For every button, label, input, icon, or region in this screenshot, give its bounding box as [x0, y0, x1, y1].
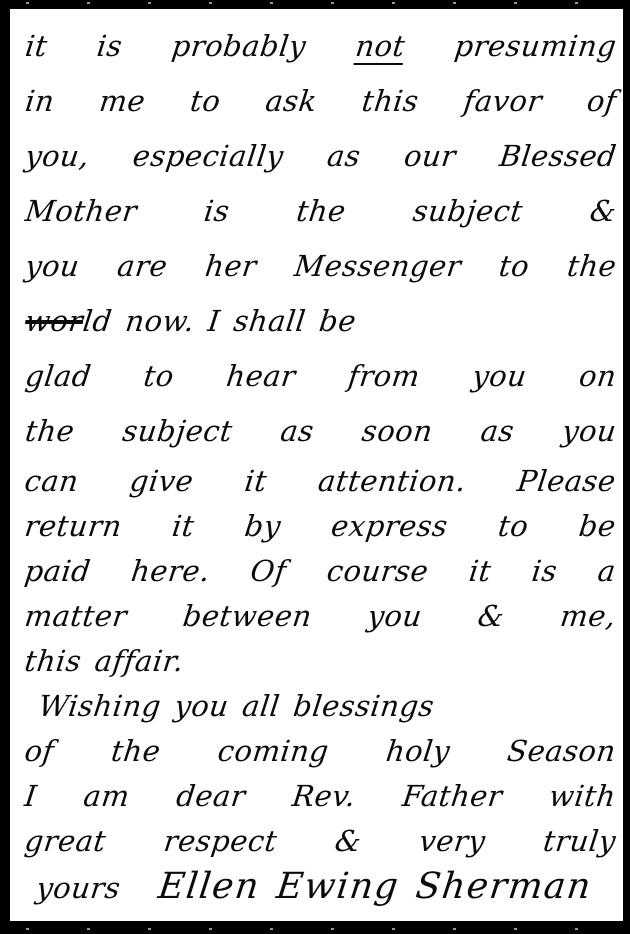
closing-word: yours	[22, 866, 123, 911]
letter-line: you, especially as our Blessed	[22, 129, 620, 184]
line-text: I am dear Rev. Father with	[23, 779, 618, 813]
line-text: the subject as soon as you	[23, 414, 618, 448]
letter-page: it is probably not presuming in me to as…	[10, 9, 623, 921]
closing-line: yours Ellen Ewing Sherman	[22, 864, 619, 909]
letter-line: world now. I shall be	[22, 294, 620, 349]
letter-line: this affair.	[22, 639, 619, 684]
letter-body: it is probably not presuming in me to as…	[22, 19, 613, 909]
letter-line: of the coming holy Season	[22, 729, 619, 774]
letter-line: can give it attention. Please	[22, 459, 619, 504]
letter-line: great respect & very truly	[22, 819, 619, 864]
line-text: can give it attention. Please	[23, 464, 618, 498]
letter-line: return it by express to be	[22, 504, 619, 549]
struck-word: wor	[23, 304, 85, 338]
line-text: it is probably	[23, 29, 357, 63]
underlined-word: not	[354, 29, 407, 63]
line-text: presuming	[403, 29, 619, 63]
line-text: Mother is the subject &	[23, 194, 618, 228]
letter-line: it is probably not presuming	[22, 19, 620, 74]
line-text: glad to hear from you on	[23, 359, 618, 393]
line-text: this affair.	[23, 644, 186, 678]
scanned-letter-screenshot: { "document": { "kind": "handwritten let…	[0, 0, 630, 934]
letter-line: glad to hear from you on	[22, 349, 620, 404]
line-text: you are her Messenger to the	[23, 249, 618, 283]
letter-line: I am dear Rev. Father with	[22, 774, 619, 819]
scan-noise-top	[0, 2, 630, 4]
letter-line: in me to ask this favor of	[22, 74, 620, 129]
letter-line: paid here. Of course it is a	[22, 549, 619, 594]
letter-line: you are her Messenger to the	[22, 239, 620, 294]
letter-line: the subject as soon as you	[22, 404, 620, 459]
line-text: return it by express to be	[23, 509, 618, 543]
letter-line: Wishing you all blessings	[22, 684, 619, 729]
line-text: ld now. I shall be	[81, 304, 358, 338]
letter-line: matter between you & me,	[22, 594, 619, 639]
signature: Ellen Ewing Sherman	[156, 864, 619, 909]
line-text: in me to ask this favor of	[23, 84, 618, 118]
line-text: paid here. Of course it is a	[23, 554, 618, 588]
scan-noise-bottom	[0, 928, 630, 930]
line-text: great respect & very truly	[23, 824, 618, 858]
line-text: Wishing you all blessings	[37, 689, 437, 723]
line-text: of the coming holy Season	[23, 734, 618, 768]
letter-line: Mother is the subject &	[22, 184, 620, 239]
line-text: you, especially as our Blessed	[23, 139, 618, 173]
line-text: matter between you & me,	[23, 599, 618, 633]
